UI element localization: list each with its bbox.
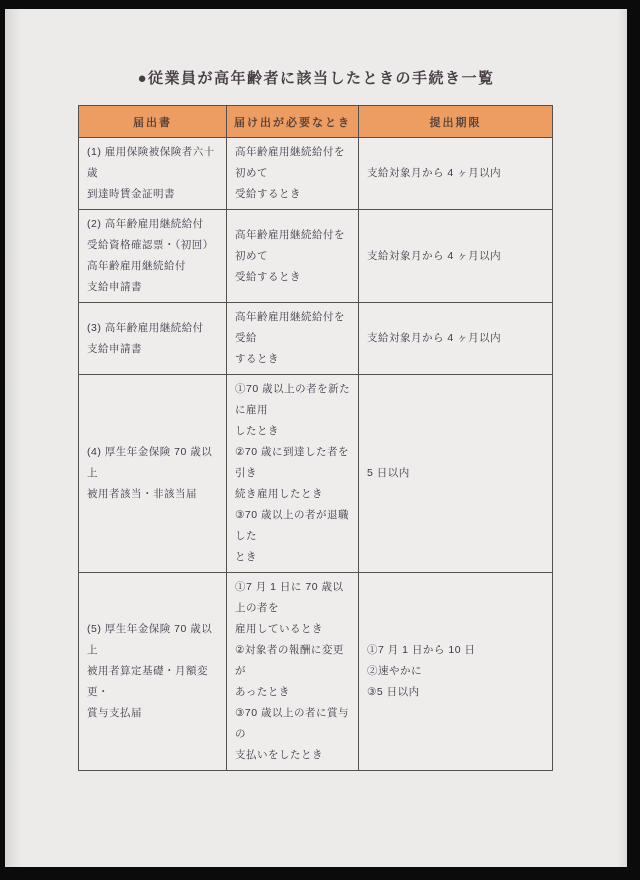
cell-deadline: 5 日以内	[359, 375, 553, 573]
column-header-deadline: 提出期限	[359, 106, 553, 138]
cell-deadline: 支給対象月から 4 ヶ月以内	[359, 138, 553, 210]
paper: ●従業員が高年齢者に該当したときの手続き一覧 届出書 届け出が必要なとき 提出期…	[5, 9, 627, 867]
cell-form: (5) 厚生年金保険 70 歳以上 被用者算定基礎・月額変更・ 賞与支払届	[79, 573, 227, 771]
table-header-row: 届出書 届け出が必要なとき 提出期限	[79, 106, 553, 138]
table-row: (3) 高年齢雇用継続給付 支給申請書 高年齢雇用継続給付を受給 するとき 支給…	[79, 303, 553, 375]
scanned-page: ●従業員が高年齢者に該当したときの手続き一覧 届出書 届け出が必要なとき 提出期…	[0, 0, 640, 880]
cell-deadline: 支給対象月から 4 ヶ月以内	[359, 303, 553, 375]
table-row: (2) 高年齢雇用継続給付 受給資格確認票・（初回） 高年齢雇用継続給付 支給申…	[79, 210, 553, 303]
cell-when: 高年齢雇用継続給付を初めて 受給するとき	[227, 210, 359, 303]
cell-when: ①70 歳以上の者を新たに雇用 したとき ②70 歳に到達した者を引き 続き雇用…	[227, 375, 359, 573]
cell-form: (3) 高年齢雇用継続給付 支給申請書	[79, 303, 227, 375]
cell-when: 高年齢雇用継続給付を初めて 受給するとき	[227, 138, 359, 210]
column-header-form: 届出書	[79, 106, 227, 138]
page-title: ●従業員が高年齢者に該当したときの手続き一覧	[5, 67, 627, 88]
table-row: (1) 雇用保険被保険者六十歳 到達時賃金証明書 高年齢雇用継続給付を初めて 受…	[79, 138, 553, 210]
cell-form: (4) 厚生年金保険 70 歳以上 被用者該当・非該当届	[79, 375, 227, 573]
cell-deadline: ①7 月 1 日から 10 日 ②速やかに ③5 日以内	[359, 573, 553, 771]
procedures-table: 届出書 届け出が必要なとき 提出期限 (1) 雇用保険被保険者六十歳 到達時賃金…	[78, 105, 553, 771]
cell-deadline: 支給対象月から 4 ヶ月以内	[359, 210, 553, 303]
cell-form: (1) 雇用保険被保険者六十歳 到達時賃金証明書	[79, 138, 227, 210]
cell-when: 高年齢雇用継続給付を受給 するとき	[227, 303, 359, 375]
cell-when: ①7 月 1 日に 70 歳以上の者を 雇用しているとき ②対象者の報酬に変更が…	[227, 573, 359, 771]
table-row: (5) 厚生年金保険 70 歳以上 被用者算定基礎・月額変更・ 賞与支払届 ①7…	[79, 573, 553, 771]
column-header-when: 届け出が必要なとき	[227, 106, 359, 138]
cell-form: (2) 高年齢雇用継続給付 受給資格確認票・（初回） 高年齢雇用継続給付 支給申…	[79, 210, 227, 303]
table-row: (4) 厚生年金保険 70 歳以上 被用者該当・非該当届 ①70 歳以上の者を新…	[79, 375, 553, 573]
